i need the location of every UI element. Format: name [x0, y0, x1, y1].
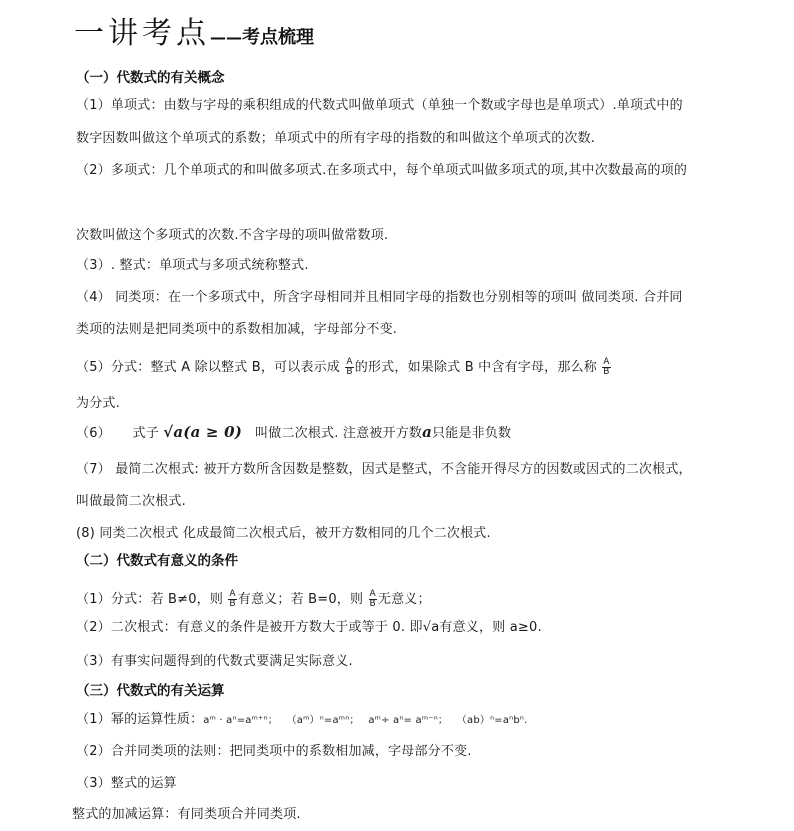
text-line: 整式的加减运算：有同类项合并同类项.	[72, 807, 301, 823]
text-line: 为分式.	[76, 396, 120, 412]
text-line: （2）合并同类项的法则：把同类项中的系数相加减，字母部分不变.	[76, 744, 472, 760]
text-line: 叫做最简二次根式.	[76, 494, 186, 510]
text-line: （3）有事实问题得到的代数式要满足实际意义.	[76, 654, 353, 670]
text-line: （4） 同类项：在一个多项式中，所含字母相同并且相同字母的指数也分别相等的项叫 …	[76, 290, 683, 306]
fraction-a-over-b: AB	[602, 358, 610, 377]
formula: aᵐ÷ aⁿ= aᵐ⁻ⁿ；	[368, 715, 448, 726]
text-line: 数字因数叫做这个单项式的系数；单项式中的所有字母的指数的和叫做这个单项式的次数.	[76, 131, 595, 147]
item-6-line: （6） 式子 √a(a ≥ 0) 叫做二次根式. 注意被开方数a只能是非负数	[76, 424, 511, 442]
text-line: (8) 同类二次根式 化成最简二次根式后，被开方数相同的几个二次根式.	[76, 526, 491, 542]
item-1-line: （1）幂的运算性质：aᵐ · aⁿ=aᵐ⁺ⁿ； （aᵐ）ⁿ=aᵐⁿ； aᵐ÷ a…	[76, 712, 527, 729]
item-5-part1: （5）分式：整式 A 除以整式 B，可以表示成	[76, 360, 344, 375]
section-heading-1: （一）代数式的有关概念	[76, 66, 225, 86]
formula: （aᵐ）ⁿ=aᵐⁿ；	[287, 715, 360, 726]
item-5-line: （5）分式：整式 A 除以整式 B，可以表示成 AB的形式，如果除式 B 中含有…	[76, 358, 612, 377]
title-sub: 考点梳理	[242, 27, 314, 48]
fraction-a-over-b: AB	[369, 590, 377, 609]
text-line: （2）二次根式：有意义的条件是被开方数大于或等于 0. 即√a有意义，则 a≥0…	[76, 620, 542, 636]
page-title: 一讲考点——考点梳理	[74, 8, 314, 52]
text-line: （1）单项式：由数与字母的乘积组成的代数式叫做单项式（单独一个数或字母也是单项式…	[76, 98, 683, 114]
section-heading-2: （二）代数式有意义的条件	[76, 549, 238, 569]
text-line: 类项的法则是把同类项中的系数相加减，字母部分不变.	[76, 322, 397, 338]
fraction-a-over-b: AB	[345, 358, 353, 377]
title-dash: ——	[210, 28, 242, 47]
text-line: （3）整式的运算	[76, 776, 177, 792]
formula: aᵐ · aⁿ=aᵐ⁺ⁿ；	[203, 715, 278, 726]
formula: （ab）ⁿ=aⁿbⁿ.	[457, 715, 528, 726]
item-5-part2: 的形式，如果除式 B 中含有字母，那么称	[355, 360, 602, 375]
text-line: （7） 最简二次根式: 被开方数所含因数是整数，因式是整式，不含能开得尽方的因数…	[76, 462, 692, 478]
section-heading-3: （三）代数式的有关运算	[76, 679, 225, 699]
sqrt-formula: √a(a ≥ 0)	[163, 423, 242, 441]
text-line: （2）多项式：几个单项式的和叫做多项式.在多项式中，每个单项式叫做多项式的项,其…	[76, 163, 687, 179]
title-main: 一讲考点	[74, 16, 210, 51]
text-line: （3）. 整式：单项式与多项式统称整式.	[76, 258, 309, 274]
item-1-line: （1）分式：若 B≠0，则 AB有意义；若 B=0，则 AB无意义；	[76, 590, 431, 609]
fraction-a-over-b: AB	[228, 590, 236, 609]
text-line: 次数叫做这个多项式的次数.不含字母的项叫做常数项.	[76, 228, 388, 244]
